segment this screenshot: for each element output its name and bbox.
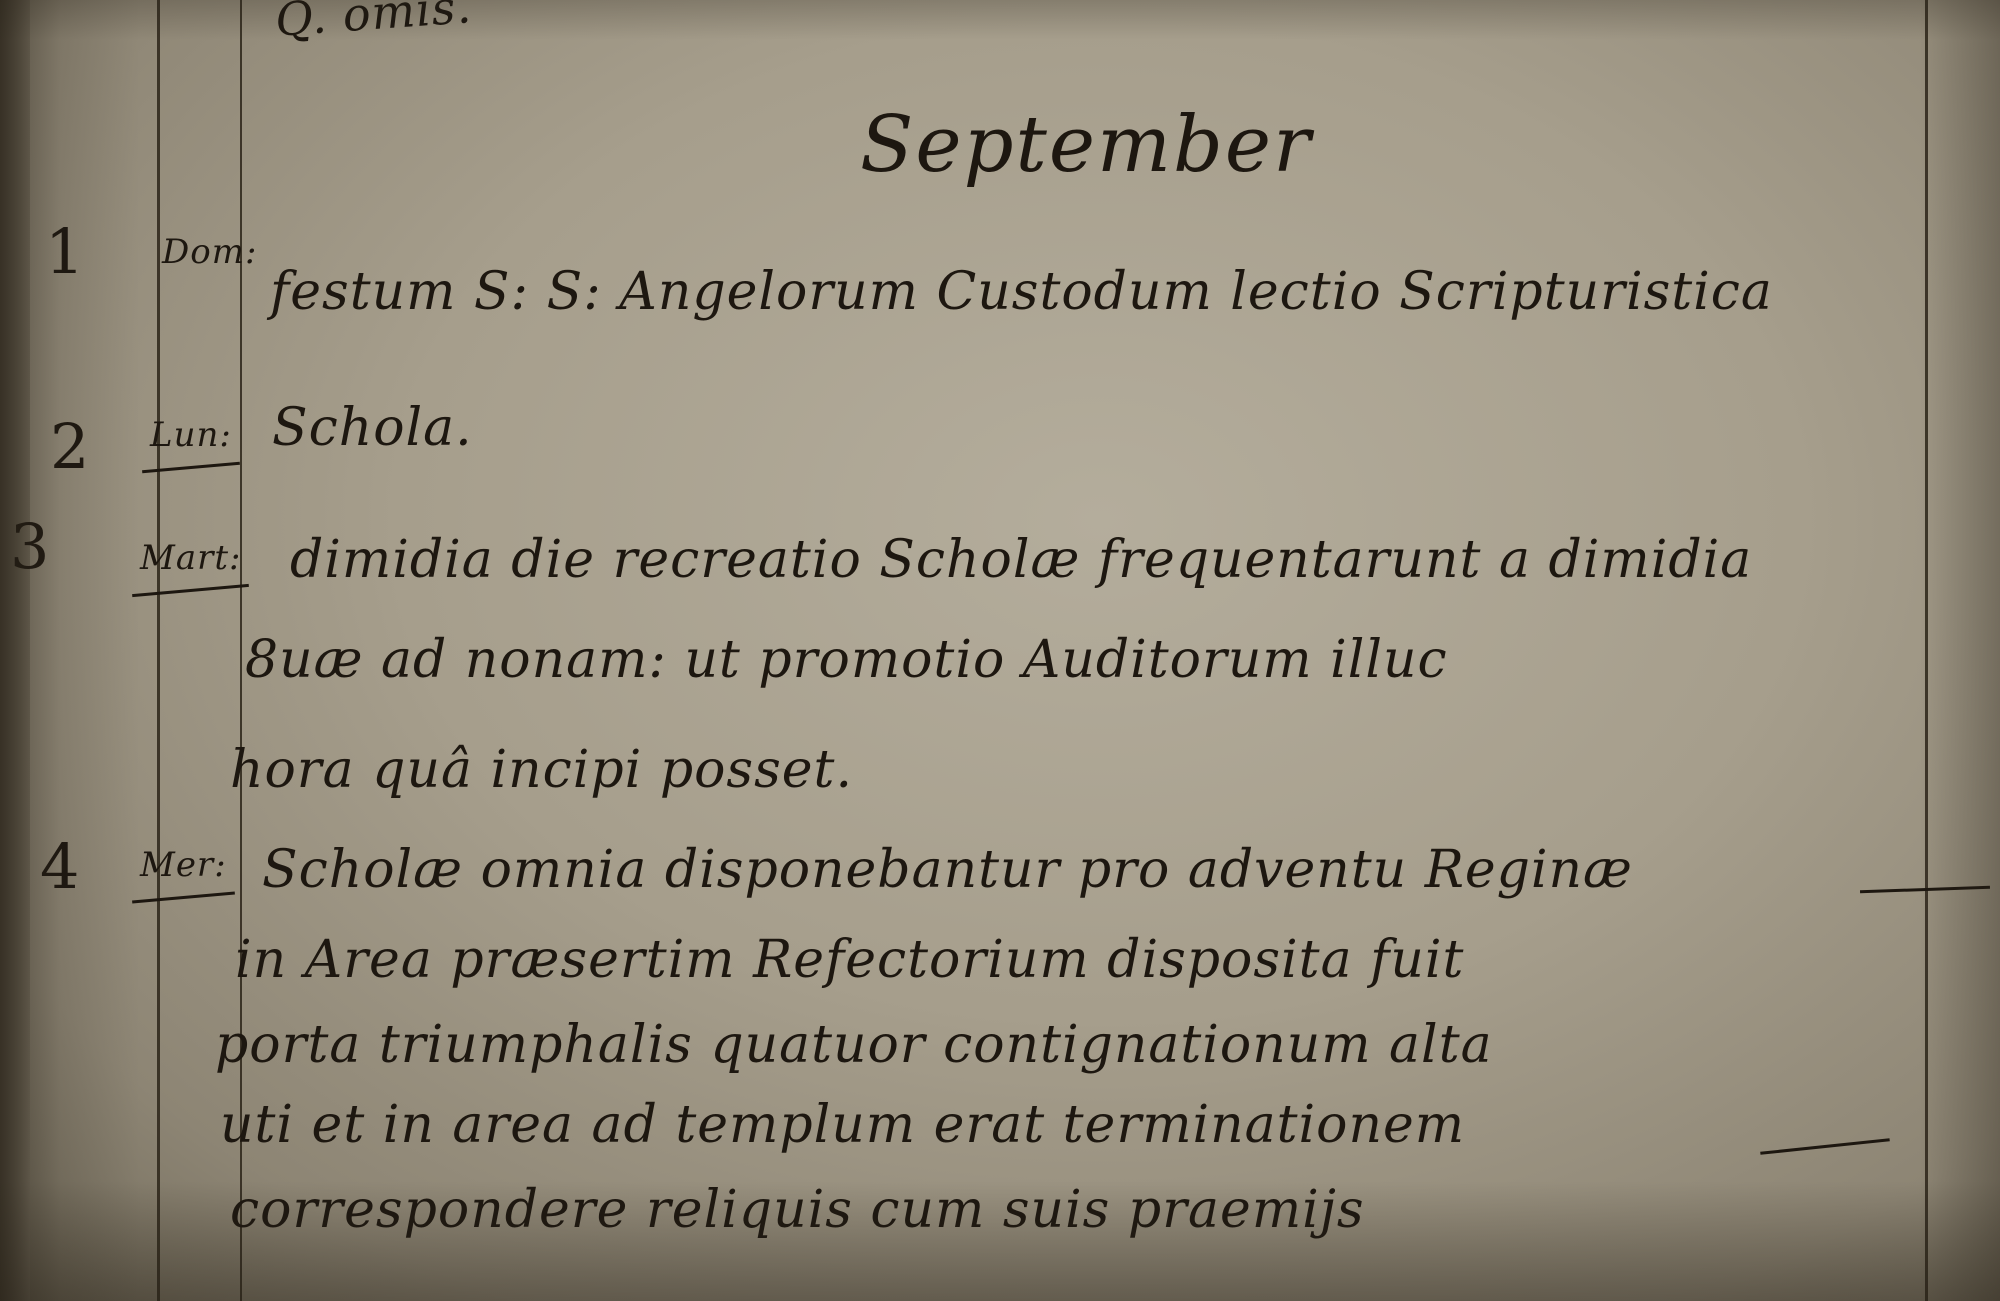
- entry-2-weekday: Lun:: [150, 415, 232, 455]
- entry-1-day: 1: [45, 215, 85, 288]
- entry-2-day: 2: [50, 410, 90, 483]
- entry-4-line-5: correspondere reliquis cum suis praemijs: [230, 1180, 1365, 1240]
- entry-4-line-2: in Area præsertim Refectorium disposita …: [235, 930, 1464, 990]
- entry-3-day: 3: [10, 510, 50, 583]
- entry-2-line-1: Schola.: [272, 398, 473, 458]
- entry-4-line-4: uti et in area ad templum erat terminati…: [220, 1095, 1465, 1155]
- entry-4-day: 4: [40, 830, 80, 903]
- date-column-rule: [157, 0, 160, 1301]
- entry-4-weekday: Mer:: [140, 845, 227, 885]
- page-binding-shadow: [0, 0, 30, 1301]
- entry-3-line-1: dimidia die recreatio Scholæ frequentaru…: [290, 530, 1752, 590]
- manuscript-page: Q. omis. September 1 Dom: festum S: S: A…: [0, 0, 2000, 1301]
- entry-3-weekday: Mart:: [140, 538, 241, 578]
- entry-3-line-2: 8uæ ad nonam: ut promotio Auditorum illu…: [245, 630, 1448, 690]
- right-margin-rule: [1925, 0, 1928, 1301]
- entry-1-weekday: Dom:: [162, 232, 257, 272]
- entry-4-line-3: porta triumphalis quatuor contignationum…: [215, 1015, 1493, 1075]
- month-heading: September: [860, 100, 1312, 190]
- entry-1-line-1: festum S: S: Angelorum Custodum lectio S…: [270, 262, 1773, 322]
- entry-4-line-4-end-stroke: [1760, 1138, 1890, 1155]
- entry-3-line-3: hora quâ incipi posset.: [230, 740, 853, 800]
- continuation-fragment: Q. omis.: [273, 0, 473, 47]
- entry-4-line-1: Scholæ omnia disponebantur pro adventu R…: [262, 840, 1633, 900]
